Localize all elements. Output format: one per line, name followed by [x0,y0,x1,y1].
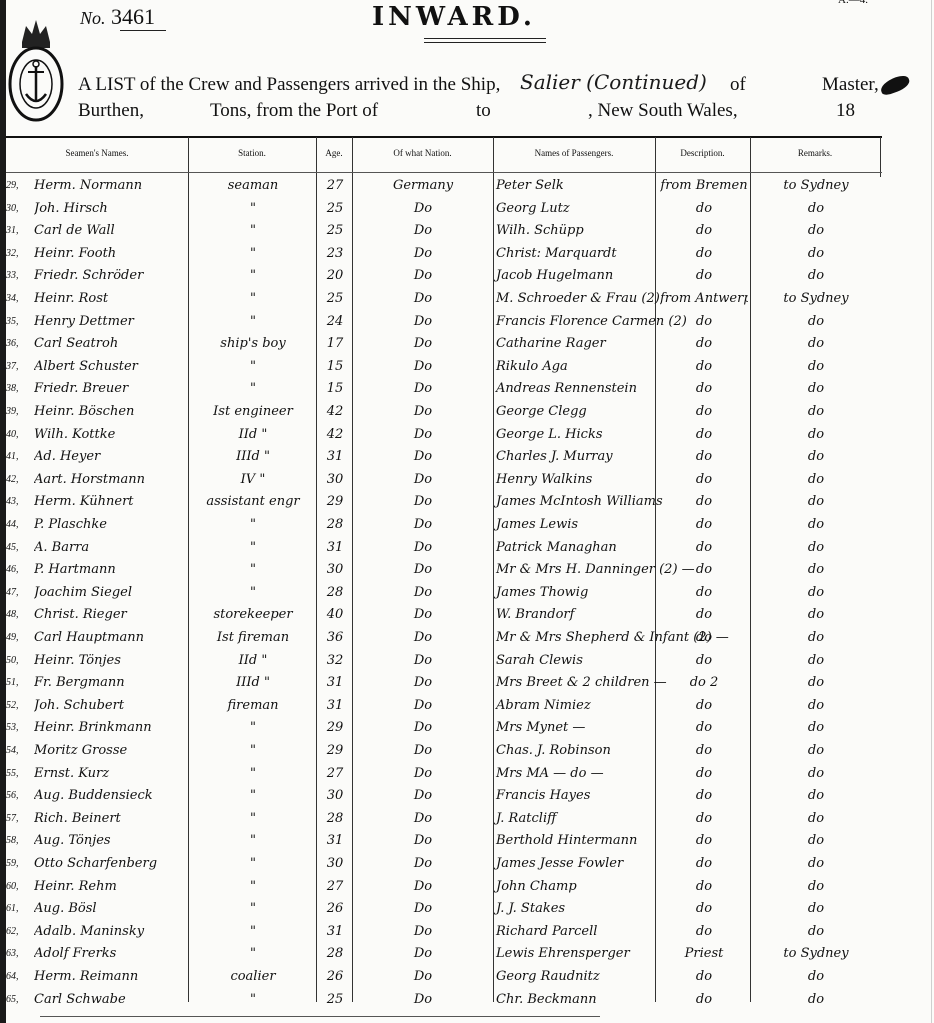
station: " [192,359,314,374]
remarks: to Sydney [752,291,880,306]
nation: Do [356,811,490,826]
row-number: 59, [6,858,19,869]
remarks: do [752,720,880,735]
table-row: 29,Herm. Normannseaman27GermanyPeter Sel… [0,176,934,199]
age: 25 [318,223,352,238]
table-row: 39,Heinr. BöschenIst engineer42DoGeorge … [0,402,934,425]
remarks: do [752,879,880,894]
description: do [660,653,748,668]
station: " [192,811,314,826]
station: " [192,223,314,238]
row-number: 65, [6,994,19,1005]
age: 27 [318,766,352,781]
description: do [660,562,748,577]
nation: Do [356,901,490,916]
row-number: 43, [6,496,19,507]
age: 31 [318,675,352,690]
row-number: 45, [6,542,19,553]
nation: Do [356,336,490,351]
seaman-name: Moritz Grosse [34,743,186,758]
nation: Germany [356,178,490,193]
remarks: do [752,811,880,826]
table-row: 64,Herm. Reimanncoalier26DoGeorg Raudnit… [0,967,934,990]
remarks: do [752,743,880,758]
nation: Do [356,291,490,306]
page-title: INWARD. [372,2,536,32]
row-number: 50, [6,655,19,666]
table-row: 55,Ernst. Kurz"27DoMrs MA — do —dodo [0,764,934,787]
remarks: do [752,449,880,464]
row-number: 29, [6,180,19,191]
table-row: 41,Ad. HeyerIIId "31DoCharles J. Murrayd… [0,447,934,470]
row-number: 63, [6,948,19,959]
station: " [192,381,314,396]
nation: Do [356,698,490,713]
seaman-name: Ad. Heyer [34,449,186,464]
description: do [660,788,748,803]
seaman-name: Adolf Frerks [34,946,186,961]
remarks: do [752,675,880,690]
description: do [660,879,748,894]
description: do [660,992,748,1007]
nation: Do [356,856,490,871]
station: " [192,788,314,803]
table-row: 51,Fr. BergmannIIId "31DoMrs Breet & 2 c… [0,673,934,696]
description: from Antwerp [660,291,748,306]
age: 31 [318,540,352,555]
seaman-name: Aug. Buddensieck [34,788,186,803]
of-label: of [730,74,746,96]
nation: Do [356,246,490,261]
list-intro-text: A LIST of the Crew and Passengers arrive… [78,74,500,95]
table-row: 53,Heinr. Brinkmann"29DoMrs Mynet —dodo [0,718,934,741]
seaman-name: Albert Schuster [34,359,186,374]
table-row: 34,Heinr. Rost"25DoM. Schroeder & Frau (… [0,289,934,312]
seaman-name: A. Barra [34,540,186,555]
form-line-1: A LIST of the Crew and Passengers arrive… [78,74,500,96]
station: " [192,517,314,532]
row-number: 41, [6,451,19,462]
description: do [660,223,748,238]
remarks: do [752,336,880,351]
title-rule [424,38,546,43]
ship-name-handwritten: Salier (Continued) [520,70,707,94]
station: " [192,743,314,758]
row-number: 38, [6,383,19,394]
description: do [660,314,748,329]
description: do [660,833,748,848]
age: 28 [318,946,352,961]
age: 28 [318,811,352,826]
station: " [192,246,314,261]
remarks: do [752,472,880,487]
station: " [192,201,314,216]
age: 30 [318,562,352,577]
age: 30 [318,856,352,871]
description: do [660,472,748,487]
description: do [660,517,748,532]
row-number: 34, [6,293,19,304]
description: do [660,698,748,713]
age: 27 [318,879,352,894]
station: " [192,992,314,1007]
nation: Do [356,969,490,984]
age: 23 [318,246,352,261]
table-row: 42,Aart. HorstmannIV "30DoHenry Walkinsd… [0,470,934,493]
description: do 2 [660,675,748,690]
description: do [660,924,748,939]
column-divider [880,137,881,177]
row-number: 32, [6,248,19,259]
remarks: do [752,562,880,577]
remarks: do [752,540,880,555]
row-number: 30, [6,203,19,214]
row-number: 36, [6,338,19,349]
description: do [660,268,748,283]
table-row: 48,Christ. Riegerstorekeeper40DoW. Brand… [0,605,934,628]
description: do [660,811,748,826]
to-label: to [476,100,491,122]
remarks: do [752,314,880,329]
age: 29 [318,743,352,758]
nation: Do [356,427,490,442]
table-row: 38,Friedr. Breuer"15DoAndreas Rennenstei… [0,379,934,402]
column-header-seaman: Seamen's Names. [6,148,188,158]
seaman-name: Friedr. Schröder [34,268,186,283]
column-header-station: Station. [188,148,316,158]
table-row: 46,P. Hartmann"30DoMr & Mrs H. Danninger… [0,560,934,583]
seaman-name: Carl Schwabe [34,992,186,1007]
seaman-name: Heinr. Rehm [34,879,186,894]
description: do [660,969,748,984]
description: Priest [660,946,748,961]
age: 29 [318,720,352,735]
nation: Do [356,992,490,1007]
age: 24 [318,314,352,329]
nation: Do [356,766,490,781]
burthen-label: Burthen, [78,100,144,122]
table-row: 57,Rich. Beinert"28DoJ. Ratcliffdodo [0,809,934,832]
station: seaman [192,178,314,193]
age: 26 [318,969,352,984]
age: 15 [318,381,352,396]
remarks: do [752,788,880,803]
row-number: 37, [6,361,19,372]
station: " [192,314,314,329]
nation: Do [356,223,490,238]
nation: Do [356,924,490,939]
table-row: 40,Wilh. KottkeIId "42DoGeorge L. Hicksd… [0,425,934,448]
remarks: do [752,901,880,916]
age: 32 [318,653,352,668]
row-number: 46, [6,564,19,575]
station: fireman [192,698,314,713]
station: IIId " [192,449,314,464]
station: " [192,833,314,848]
seaman-name: P. Plaschke [34,517,186,532]
remarks: do [752,856,880,871]
age: 25 [318,201,352,216]
age: 31 [318,449,352,464]
nation: Do [356,494,490,509]
row-number: 61, [6,903,19,914]
row-number: 49, [6,632,19,643]
table-row: 45,A. Barra"31DoPatrick Managhandodo [0,538,934,561]
station: " [192,562,314,577]
nation: Do [356,833,490,848]
seaman-name: Henry Dettmer [34,314,186,329]
nation: Do [356,743,490,758]
description: do [660,494,748,509]
description: do [660,336,748,351]
station: " [192,879,314,894]
seaman-name: Carl Seatroh [34,336,186,351]
station: ship's boy [192,336,314,351]
age: 42 [318,427,352,442]
row-number: 47, [6,587,19,598]
seaman-name: P. Hartmann [34,562,186,577]
remarks: do [752,992,880,1007]
nation: Do [356,268,490,283]
table-row: 59,Otto Scharfenberg"30DoJames Jesse Fow… [0,854,934,877]
nation: Do [356,381,490,396]
station: storekeeper [192,607,314,622]
seaman-name: Carl Hauptmann [34,630,186,645]
age: 25 [318,992,352,1007]
row-number: 40, [6,429,19,440]
row-number: 35, [6,316,19,327]
seaman-name: Heinr. Brinkmann [34,720,186,735]
nation: Do [356,946,490,961]
table-row: 31,Carl de Wall"25DoWilh. Schüppdodo [0,221,934,244]
age: 28 [318,585,352,600]
table-row: 43,Herm. Kühnertassistant engr29DoJames … [0,492,934,515]
seaman-name: Fr. Bergmann [34,675,186,690]
table-row: 60,Heinr. Rehm"27DoJohn Champdodo [0,877,934,900]
remarks: do [752,653,880,668]
age: 31 [318,698,352,713]
description: do [660,246,748,261]
shipping-master-emblem-icon [8,12,64,124]
remarks: do [752,381,880,396]
nation: Do [356,585,490,600]
station: assistant engr [192,494,314,509]
table-row: 49,Carl HauptmannIst fireman36DoMr & Mrs… [0,628,934,651]
bottom-rule [40,1016,600,1017]
remarks: do [752,404,880,419]
nation: Do [356,653,490,668]
table-row: 30,Joh. Hirsch"25DoGeorg Lutzdodo [0,199,934,222]
seaman-name: Joh. Schubert [34,698,186,713]
row-number: 60, [6,881,19,892]
station: Ist fireman [192,630,314,645]
table-row: 65,Carl Schwabe"25DoChr. Beckmanndodo [0,990,934,1013]
age: 36 [318,630,352,645]
station: " [192,540,314,555]
form-code: A.—4. [838,0,868,6]
row-number: 55, [6,768,19,779]
nation: Do [356,201,490,216]
station: IIId " [192,675,314,690]
seaman-name: Otto Scharfenberg [34,856,186,871]
description: do [660,856,748,871]
description: do [660,427,748,442]
nation: Do [356,540,490,555]
description: do [660,404,748,419]
remarks: do [752,969,880,984]
table-row: 32,Heinr. Footh"23DoChrist: Marquardtdod… [0,244,934,267]
age: 27 [318,178,352,193]
station: Ist engineer [192,404,314,419]
age: 31 [318,833,352,848]
header-separator [6,172,882,173]
seaman-name: Herm. Reimann [34,969,186,984]
remarks: do [752,494,880,509]
table-row: 63,Adolf Frerks"28DoLewis EhrenspergerPr… [0,944,934,967]
station: " [192,585,314,600]
nation: Do [356,359,490,374]
age: 26 [318,901,352,916]
description: do [660,743,748,758]
remarks: do [752,833,880,848]
description: do [660,585,748,600]
description: do [660,630,748,645]
table-row: 52,Joh. Schubertfireman31DoAbram Nimiezd… [0,696,934,719]
nation: Do [356,630,490,645]
station: " [192,924,314,939]
remarks: to Sydney [752,946,880,961]
tons-port-label: Tons, from the Port of [210,100,378,122]
remarks: do [752,630,880,645]
description: do [660,901,748,916]
remarks: do [752,517,880,532]
age: 28 [318,517,352,532]
station: " [192,720,314,735]
table-row: 44,P. Plaschke"28DoJames Lewisdodo [0,515,934,538]
row-number: 42, [6,474,19,485]
description: from Bremen [660,178,748,193]
seaman-name: Heinr. Tönjes [34,653,186,668]
table-row: 56,Aug. Buddensieck"30DoFrancis Hayesdod… [0,786,934,809]
age: 40 [318,607,352,622]
description: do [660,540,748,555]
seaman-name: Heinr. Rost [34,291,186,306]
row-number: 33, [6,270,19,281]
document-number-label: No. [80,8,106,28]
row-number: 44, [6,519,19,530]
row-number: 48, [6,609,19,620]
row-number: 58, [6,835,19,846]
seaman-name: Aug. Tönjes [34,833,186,848]
age: 42 [318,404,352,419]
seaman-name: Wilh. Kottke [34,427,186,442]
remarks: do [752,698,880,713]
remarks: do [752,607,880,622]
description: do [660,381,748,396]
station: " [192,766,314,781]
remarks: do [752,201,880,216]
age: 17 [318,336,352,351]
age: 20 [318,268,352,283]
remarks: do [752,585,880,600]
nsw-label: , New South Wales, [588,100,738,122]
document-number: No. 3461 [80,4,155,30]
document-number-value: 3461 [111,4,155,29]
seaman-name: Heinr. Böschen [34,404,186,419]
station: IId " [192,653,314,668]
table-row: 58,Aug. Tönjes"31DoBerthold Hintermanndo… [0,831,934,854]
age: 30 [318,788,352,803]
column-header-nation: Of what Nation. [352,148,493,158]
ink-blot [879,73,912,96]
master-label: Master, [822,74,879,96]
station: " [192,268,314,283]
table-row: 54,Moritz Grosse"29DoChas. J. Robinsondo… [0,741,934,764]
remarks: do [752,427,880,442]
nation: Do [356,314,490,329]
description: do [660,720,748,735]
description: do [660,359,748,374]
nation: Do [356,607,490,622]
column-header-passenger: Names of Passengers. [493,148,655,158]
station: " [192,901,314,916]
description: do [660,201,748,216]
row-number: 52, [6,700,19,711]
age: 30 [318,472,352,487]
station: IV " [192,472,314,487]
remarks: do [752,223,880,238]
seaman-name: Carl de Wall [34,223,186,238]
age: 29 [318,494,352,509]
row-number: 31, [6,225,19,236]
seaman-name: Heinr. Footh [34,246,186,261]
column-header-remarks: Remarks. [750,148,880,158]
nation: Do [356,517,490,532]
table-row: 33,Friedr. Schröder"20DoJacob Hugelmannd… [0,266,934,289]
seaman-name: Aug. Bösl [34,901,186,916]
station: " [192,291,314,306]
station: " [192,856,314,871]
nation: Do [356,472,490,487]
seaman-name: Adalb. Maninsky [34,924,186,939]
column-header-age: Age. [316,148,352,158]
remarks: do [752,359,880,374]
seaman-name: Friedr. Breuer [34,381,186,396]
age: 31 [318,924,352,939]
seaman-name: Herm. Normann [34,178,186,193]
column-header-description: Description. [655,148,750,158]
age: 15 [318,359,352,374]
table-row: 61,Aug. Bösl"26DoJ. J. Stakesdodo [0,899,934,922]
row-number: 64, [6,971,19,982]
remarks: do [752,924,880,939]
remarks: do [752,268,880,283]
row-number: 53, [6,722,19,733]
seaman-name: Rich. Beinert [34,811,186,826]
nation: Do [356,720,490,735]
nation: Do [356,562,490,577]
row-number: 54, [6,745,19,756]
row-number: 39, [6,406,19,417]
row-number: 62, [6,926,19,937]
station: " [192,946,314,961]
nation: Do [356,788,490,803]
description: do [660,449,748,464]
table-row: 36,Carl Seatrohship's boy17DoCatharine R… [0,334,934,357]
row-number: 57, [6,813,19,824]
nation: Do [356,404,490,419]
table-row: 50,Heinr. TönjesIId "32DoSarah Clewisdod… [0,651,934,674]
